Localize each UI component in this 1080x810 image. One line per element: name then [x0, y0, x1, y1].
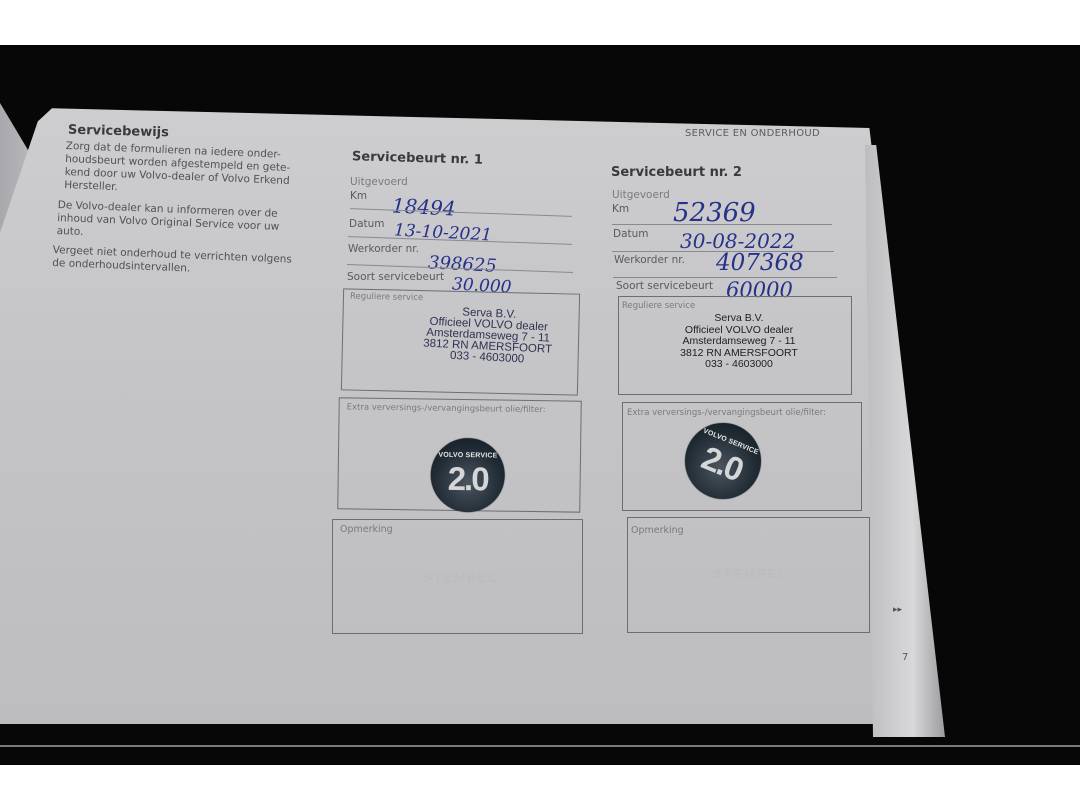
soort-label: Soort servicebeurt [347, 271, 444, 283]
page-stack-edge [865, 145, 945, 737]
intro-title: Servicebewijs [68, 123, 169, 141]
werkorder-value: 407368 [716, 250, 804, 276]
service-2-title: Servicebeurt nr. 2 [611, 165, 742, 180]
extra-label: Extra verversings-/vervangingsbeurt olie… [347, 402, 546, 415]
km-label: Km [612, 203, 629, 215]
badge-caption: VOLVO SERVICE [431, 452, 505, 460]
extra-service-box: Extra verversings-/vervangingsbeurt olie… [337, 397, 582, 512]
km-label: Km [350, 190, 367, 202]
stamp-line: Serva B.V. [664, 313, 814, 325]
page-number: 7 [902, 652, 908, 663]
section-header: SERVICE EN ONDERHOUD [685, 128, 820, 139]
reguliere-service-box: Reguliere service Serva B.V. Officieel V… [618, 296, 852, 395]
uitgevoerd-label: Uitgevoerd [350, 176, 408, 188]
werkorder-label: Werkorder nr. [614, 254, 685, 266]
badge-version: 2.0 [430, 460, 505, 499]
soort-label: Soort servicebeurt [616, 280, 713, 292]
stempel-watermark: STEMPEL [423, 570, 498, 585]
stamp-line: Amsterdamseweg 7 - 11 [664, 336, 814, 348]
werkorder-label: Werkorder nr. [348, 243, 419, 255]
extra-service-box: Extra verversings-/vervangingsbeurt olie… [622, 402, 862, 511]
reguliere-label: Reguliere service [622, 301, 695, 311]
km-value: 18494 [391, 193, 456, 220]
opmerking-box: Opmerking STEMPEL [332, 519, 583, 634]
continue-arrows-icon: ▸▸ [893, 605, 902, 615]
opmerking-box: Opmerking STEMPEL [627, 517, 870, 633]
reguliere-service-box: Reguliere service Serva B.V. Officieel V… [341, 288, 580, 395]
dealer-stamp: Serva B.V. Officieel VOLVO dealer Amster… [392, 304, 584, 368]
opmerking-label: Opmerking [631, 525, 684, 536]
page-bottom-edge [0, 745, 1080, 747]
reguliere-label: Reguliere service [350, 291, 423, 303]
uitgevoerd-label: Uitgevoerd [612, 189, 670, 201]
stamp-line: 033 - 4603000 [664, 359, 814, 371]
opmerking-label: Opmerking [340, 524, 393, 535]
volvo-service-badge: VOLVO SERVICE 2.0 [674, 412, 773, 511]
extra-label: Extra verversings-/vervangingsbeurt olie… [627, 408, 826, 418]
intro-paragraph-1: Zorg dat de formulieren na iedere onder-… [64, 140, 291, 201]
dealer-stamp: Serva B.V. Officieel VOLVO dealer Amster… [664, 313, 814, 371]
werkorder-line [613, 277, 837, 278]
volvo-service-badge: VOLVO SERVICE 2.0 [430, 438, 505, 513]
stempel-watermark: STEMPEL [713, 566, 788, 581]
datum-label: Datum [349, 218, 385, 230]
km-line [612, 224, 832, 225]
datum-label: Datum [613, 228, 649, 240]
